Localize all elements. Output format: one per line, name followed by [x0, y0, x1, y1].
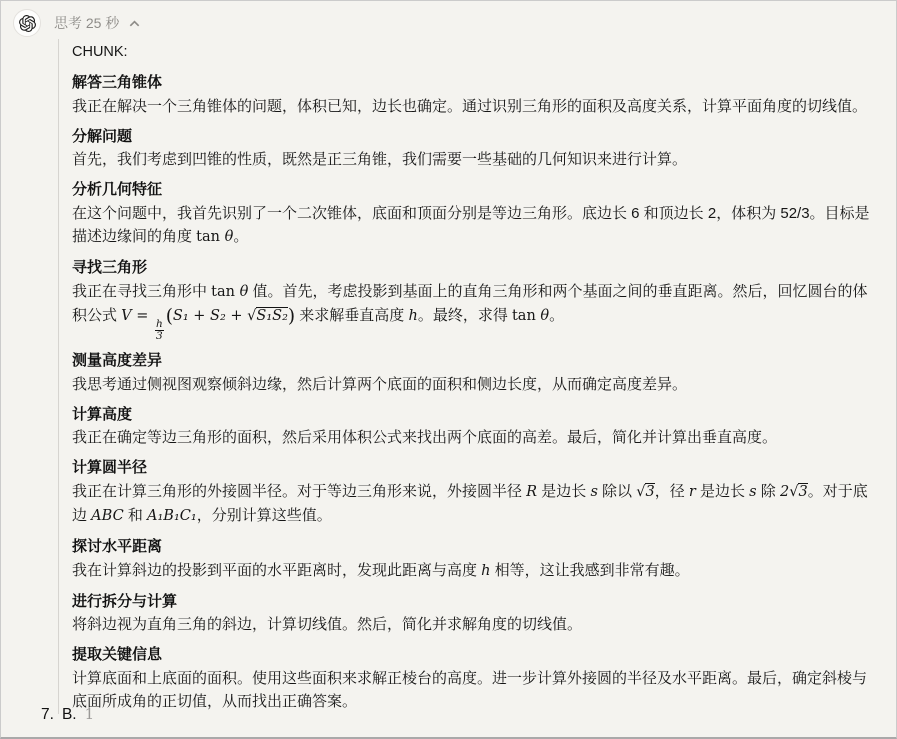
text-run: ，分别计算这些值。	[197, 507, 332, 524]
answer-choice: B.	[62, 706, 77, 724]
math-run: s	[749, 484, 756, 500]
chunk-label: CHUNK:	[72, 41, 876, 65]
section-heading: 分析几何特征	[72, 178, 876, 202]
section-heading: 分解问题	[72, 125, 876, 149]
section-body: 将斜边视为直角三角的斜边，计算切线值。然后，简化并求解角度的切线值。	[72, 613, 876, 637]
math-run: tan	[211, 284, 239, 300]
text-run: 来求解垂直高度	[295, 307, 408, 324]
section-heading: 计算高度	[72, 403, 876, 427]
thinking-section: 寻找三角形我正在寻找三角形中 tan θ 值。首先，考虑投影到基面上的直角三角形…	[72, 256, 876, 343]
math-run: tan	[512, 308, 540, 324]
section-heading: 探讨水平距离	[72, 535, 876, 559]
citation-marker[interactable]: 1	[85, 705, 95, 723]
text-run: 我思考通过侧视图观察倾斜边缘，然后计算两个底面的面积和侧边长度，从而确定高度差异…	[72, 376, 687, 393]
section-heading: 进行拆分与计算	[72, 590, 876, 614]
section-heading: 测量高度差异	[72, 349, 876, 373]
text-run: 我正在确定等边三角形的面积，然后采用体积公式来找出两个底面的高差。最后，简化并计…	[72, 429, 777, 446]
math-run: 2	[780, 484, 789, 500]
text-run: 。最终，求得	[418, 307, 512, 324]
math-run: R	[526, 484, 537, 500]
section-body: 计算底面和上底面的面积。使用这些面积来求解正棱台的高度。进一步计算外接圆的半径及…	[72, 667, 876, 714]
text-run: 。	[549, 307, 564, 324]
text-run: 我正在计算三角形的外接圆半径。对于等边三角形来说，外接圆半径	[72, 483, 526, 500]
text-run: 除	[757, 483, 780, 500]
thinking-content: CHUNK: 解答三角锥体我正在解决一个三角锥体的问题，体积已知，边长也确定。通…	[58, 39, 876, 714]
section-heading: 寻找三角形	[72, 256, 876, 280]
openai-logo-icon	[19, 15, 36, 32]
thinking-duration-label: 思考 25 秒	[54, 13, 119, 33]
math-paren: (	[166, 306, 173, 327]
thinking-section: 计算圆半径我正在计算三角形的外接圆半径。对于等边三角形来说，外接圆半径 R 是边…	[72, 456, 876, 529]
thinking-header: 思考 25 秒	[13, 9, 141, 37]
text-run: 和	[124, 507, 147, 524]
chat-thinking-panel: 思考 25 秒 CHUNK: 解答三角锥体我正在解决一个三角锥体的问题，体积已知…	[0, 0, 897, 739]
thinking-section: 计算高度我正在确定等边三角形的面积，然后采用体积公式来找出两个底面的高差。最后，…	[72, 403, 876, 450]
thinking-section: 测量高度差异我思考通过侧视图观察倾斜边缘，然后计算两个底面的面积和侧边长度，从而…	[72, 349, 876, 396]
math-run: ABC	[91, 508, 124, 524]
answer-line: 7. B. 1	[41, 705, 94, 724]
thinking-section: 分解问题首先，我们考虑到凹锥的性质，既然是正三角锥，我们需要一些基础的几何知识来…	[72, 125, 876, 172]
thinking-section: 探讨水平距离我在计算斜边的投影到平面的水平距离时，发现此距离与高度 h 相等，这…	[72, 535, 876, 583]
section-body: 首先，我们考虑到凹锥的性质，既然是正三角锥，我们需要一些基础的几何知识来进行计算…	[72, 148, 876, 172]
text-run: 计算底面和上底面的面积。使用这些面积来求解正棱台的高度。进一步计算外接圆的半径及…	[72, 670, 867, 711]
text-run: 将斜边视为直角三角的斜边，计算切线值。然后，简化并求解角度的切线值。	[72, 616, 582, 633]
text-run: 。	[233, 228, 248, 245]
section-body: 我思考通过侧视图观察倾斜边缘，然后计算两个底面的面积和侧边长度，从而确定高度差异…	[72, 373, 876, 397]
text-run: 是边长	[696, 483, 749, 500]
thinking-sections: 解答三角锥体我正在解决一个三角锥体的问题，体积已知，边长也确定。通过识别三角形的…	[72, 71, 876, 714]
section-body: 在这个问题中，我首先识别了一个二次锥体，底面和顶面分别是等边三角形。底边长 6 …	[72, 202, 876, 250]
math-run: h	[408, 308, 417, 324]
section-body: 我正在寻找三角形中 tan θ 值。首先，考虑投影到基面上的直角三角形和两个基面…	[72, 280, 876, 343]
thinking-section: 分析几何特征在这个问题中，我首先识别了一个二次锥体，底面和顶面分别是等边三角形。…	[72, 178, 876, 250]
thinking-section: 进行拆分与计算将斜边视为直角三角的斜边，计算切线值。然后，简化并求解角度的切线值…	[72, 590, 876, 637]
chevron-up-icon	[128, 17, 141, 30]
section-heading: 解答三角锥体	[72, 71, 876, 95]
text-run: ，径	[655, 483, 689, 500]
text-run: 我在计算斜边的投影到平面的水平距离时，发现此距离与高度	[72, 562, 481, 579]
math-sqrt: √3	[636, 483, 654, 500]
math-run: h	[481, 563, 490, 579]
section-body: 我正在计算三角形的外接圆半径。对于等边三角形来说，外接圆半径 R 是边长 s 除…	[72, 480, 876, 529]
text-run: 除以	[598, 483, 636, 500]
math-run: s	[590, 484, 597, 500]
math-run: A₁B₁C₁	[147, 508, 197, 524]
text-run: 首先，我们考虑到凹锥的性质，既然是正三角锥，我们需要一些基础的几何知识来进行计算…	[72, 151, 687, 168]
math-run: tan	[196, 229, 224, 245]
section-body: 我正在确定等边三角形的面积，然后采用体积公式来找出两个底面的高差。最后，简化并计…	[72, 426, 876, 450]
assistant-avatar	[13, 9, 41, 37]
math-run: θ	[540, 308, 549, 324]
thinking-section: 解答三角锥体我正在解决一个三角锥体的问题，体积已知，边长也确定。通过识别三角形的…	[72, 71, 876, 118]
section-heading: 提取关键信息	[72, 643, 876, 667]
math-sqrt: √S₁S₂	[247, 307, 288, 324]
text-run: 在这个问题中，我首先识别了一个二次锥体，底面和顶面分别是等边三角形。底边长 6 …	[72, 205, 870, 246]
thinking-section: 提取关键信息计算底面和上底面的面积。使用这些面积来求解正棱台的高度。进一步计算外…	[72, 643, 876, 714]
text-run: 我正在解决一个三角锥体的问题，体积已知，边长也确定。通过识别三角形的面积及高度关…	[72, 98, 867, 115]
math-run: r	[689, 484, 696, 500]
section-body: 我正在解决一个三角锥体的问题，体积已知，边长也确定。通过识别三角形的面积及高度关…	[72, 95, 876, 119]
text-run: 相等，这让我感到非常有趣。	[491, 562, 690, 579]
math-run: S₁ + S₂ +	[173, 308, 247, 324]
section-heading: 计算圆半径	[72, 456, 876, 480]
math-run: V =	[121, 308, 153, 324]
text-run: 是边长	[537, 483, 590, 500]
math-fraction: h3	[155, 319, 164, 343]
text-run: 我正在寻找三角形中	[72, 283, 211, 300]
section-body: 我在计算斜边的投影到平面的水平距离时，发现此距离与高度 h 相等，这让我感到非常…	[72, 559, 876, 584]
thinking-toggle[interactable]: 思考 25 秒	[54, 13, 141, 33]
math-sqrt: √3	[789, 483, 807, 500]
answer-number: 7.	[41, 706, 54, 724]
